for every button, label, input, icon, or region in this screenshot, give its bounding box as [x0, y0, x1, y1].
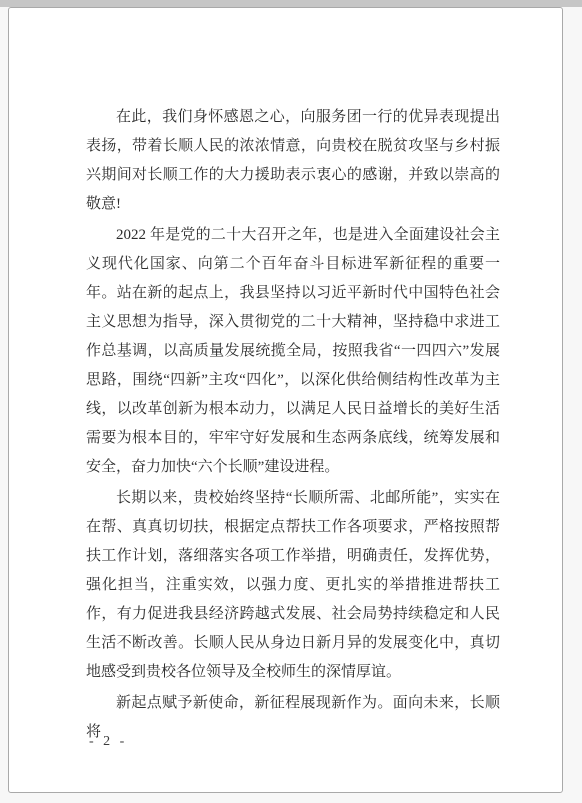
- paragraph-gratitude: 在此，我们身怀感恩之心，向服务团一行的优异表现提出表扬，带着长顺人民的浓浓情意，…: [86, 103, 500, 219]
- scan-edge-shadow: [0, 0, 582, 7]
- paragraph-support-history: 长期以来，贵校始终坚持“长顺所需、北邮所能”，实实在在帮、真真切切扶，根据定点帮…: [86, 484, 500, 687]
- page-number: - 2 -: [89, 734, 127, 750]
- paragraph-future: 新起点赋予新使命，新征程展现新作为。面向未来，长顺将: [86, 689, 500, 747]
- document-page: 在此，我们身怀感恩之心，向服务团一行的优异表现提出表扬，带着长顺人民的浓浓情意，…: [8, 7, 563, 793]
- scanned-document: 在此，我们身怀感恩之心，向服务团一行的优异表现提出表扬，带着长顺人民的浓浓情意，…: [0, 0, 582, 803]
- document-body: 在此，我们身怀感恩之心，向服务团一行的优异表现提出表扬，带着长顺人民的浓浓情意，…: [86, 103, 500, 749]
- paragraph-2022-outlook: 2022 年是党的二十大召开之年，也是进入全面建设社会主义现代化国家、向第二个百…: [86, 221, 500, 482]
